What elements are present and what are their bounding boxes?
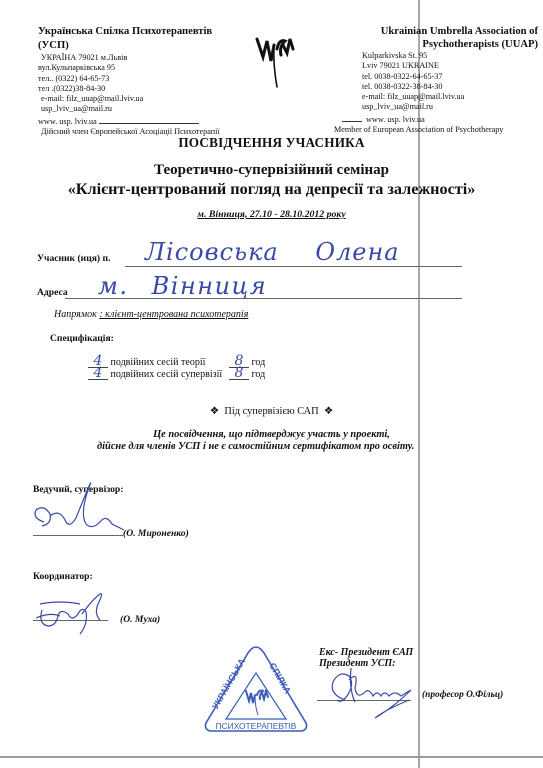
- participant-label: Учасник (иця) п.: [37, 253, 110, 264]
- org-name-ua: Українська Спілка Психотерапевтів: [38, 26, 228, 39]
- membership-line: Member of European Association of Psycho…: [334, 125, 538, 135]
- participant-underline: [125, 266, 462, 267]
- address-line: Lviv 79021 UKRAINE: [338, 61, 538, 71]
- diamond-bullet-icon: ❖: [324, 406, 333, 417]
- paper-bottom-edge: [0, 756, 543, 758]
- supervision-line: ❖ Під супервізією САП ❖: [0, 405, 543, 417]
- president-signature: [315, 660, 420, 720]
- document-title: ПОСВІДЧЕННЯ УЧАСНИКА: [0, 135, 543, 151]
- email-line: e-mail: filz_uuap@mail.lviv.ua: [38, 94, 228, 104]
- header-right: Ukrainian Umbrella Association of Psycho…: [338, 26, 538, 135]
- email-line: usp_lviv_ua@mail.ru: [38, 104, 228, 114]
- org-abbr-ua: (УСП): [38, 40, 228, 53]
- spec-row-supervision: 4 подвійних сесій супервізії: [88, 368, 222, 381]
- direction: Напрямок : клієнт-центрована психотерапі…: [54, 309, 248, 320]
- hours-unit: год: [252, 369, 266, 380]
- address-line: Kulparkivska St. 95: [338, 51, 538, 61]
- hours-unit: год: [252, 357, 266, 368]
- header-left: Українська Спілка Психотерапевтів (УСП) …: [38, 26, 228, 137]
- supervision-hours: 8 год: [229, 368, 265, 381]
- phone-line: тел .(0322)38-84-30: [38, 84, 228, 94]
- address-line: УКРАЇНА 79021 м.Львів: [38, 53, 228, 63]
- supervision-label: подвійних сесій супервізії: [111, 369, 223, 380]
- address-label: Адреса: [37, 287, 68, 298]
- uusp-logo-icon: [255, 17, 295, 93]
- place-date: м. Вінниця, 27.10 - 28.10.2012 року: [0, 209, 543, 220]
- certificate-note-1: Це посвідчення, що підтверджує участь у …: [0, 429, 543, 440]
- svg-text:ПСИХОТЕРАПЕВТІВ: ПСИХОТЕРАПЕВТІВ: [216, 721, 297, 731]
- website-text: www. usp. lviv.ua: [366, 115, 425, 125]
- seminar-title: «Клієнт-центрований погляд на депресії т…: [0, 180, 543, 199]
- org-name-en-2: Psychotherapists (UUAP): [338, 39, 538, 52]
- diamond-bullet-icon: ❖: [210, 406, 219, 417]
- seminar-type: Теоретично-супервізійний семінар: [0, 162, 543, 179]
- website-line: www. usp. lviv.ua: [38, 115, 228, 127]
- email-line: e-mail: filz_uuap@mail.lviv.ua: [338, 92, 538, 102]
- website-line: www. usp. lviv.ua: [338, 113, 538, 125]
- address-value: м. Вінниця: [98, 272, 267, 300]
- lead-name: (О. Мироненко): [123, 528, 189, 539]
- svg-text:УКРАЇНСЬКА: УКРАЇНСЬКА: [210, 656, 247, 711]
- svg-text:СПІЛКА: СПІЛКА: [267, 661, 293, 696]
- supervision-hours-value: 8: [229, 368, 249, 380]
- address-line: вул.Кульпарківська 95: [38, 63, 228, 73]
- email-line: usp_lviv_ua@mail.ru: [338, 102, 538, 112]
- certificate-note-2: дійсне для членів УСП і не є самостійним…: [97, 441, 414, 452]
- direction-label: Напрямок: [54, 309, 97, 320]
- coordinator-label: Координатор:: [33, 571, 93, 582]
- association-stamp: УКРАЇНСЬКА СПІЛКА ПСИХОТЕРАПЕВТІВ: [202, 645, 310, 740]
- website-text: www. usp. lviv.ua: [38, 117, 97, 127]
- president-title-1: Екс- Президент ЄАП: [319, 647, 413, 658]
- coordinator-name: (О. Муха): [120, 614, 160, 625]
- phone-line: tel. 0038-0322-38-84-30: [338, 82, 538, 92]
- supervision-text: Під супервізією САП: [224, 406, 318, 417]
- spec-label: Специфікація:: [50, 333, 114, 344]
- coordinator-signature: [30, 590, 110, 638]
- lead-signature: [30, 478, 130, 538]
- supervision-count: 4: [88, 368, 108, 380]
- phone-line: tel. 0038-0322-64-65-37: [338, 72, 538, 82]
- participant-name: Лісовська Олена: [145, 238, 400, 266]
- org-name-en-1: Ukrainian Umbrella Association of: [338, 26, 538, 39]
- president-name: (професор О.Фільц): [422, 690, 503, 700]
- phone-line: тел.. (0322) 64-65-73: [38, 74, 228, 84]
- direction-value: : клієнт-центрована психотерапія: [99, 309, 248, 320]
- theory-label: подвійних сесій теорії: [111, 357, 206, 368]
